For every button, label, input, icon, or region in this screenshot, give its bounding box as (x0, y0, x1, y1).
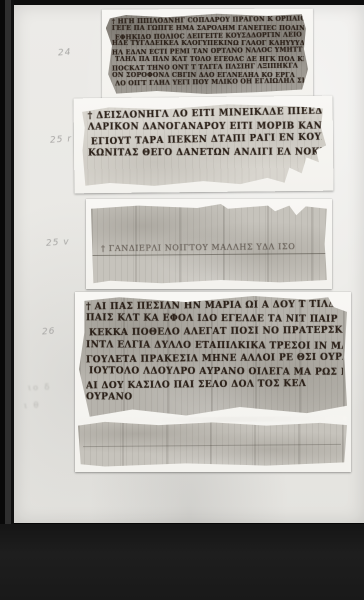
pencil-label-25v: 25 v (46, 237, 70, 249)
pencil-label-25r: 25 r (50, 134, 73, 146)
fragment-26-mount: † ΑΙ ΠΑΣ ΠΕΣΙΛΝ ΗΝ ΜΑΡΙΑ ΩΙ Α ΔΟΥ Τ ΤΙΛΔ… (75, 292, 351, 472)
fragment-24-mount: † ΗΓΗ ΠΠΙΛΟΔΝΗΓ ϹΟΠΛΑΡΟΥ ΠΡΑΓΟΝ Κ ΟΡΠΑΙΟ… (102, 8, 313, 99)
pencil-label-24: 24 (58, 48, 72, 59)
manuscript-text-line: † ΓΑΝΔΙΕΡΛΙ ΝΟΙΓΤΟΥ ΜΑΛΛΗΣ ΥΔΛ ΙΣΟ (101, 241, 321, 254)
fold-crease (83, 444, 341, 447)
manuscript-text-line: ΚΩΝΙΤΑΣ ΘΕΓΟ ΔΑΝΕΤΩΝ ΑΝΛΙΓΙ ΕΛ ΝΟΚΙ ΔΛΝΟ… (88, 146, 322, 160)
fragment-26-text: † ΑΙ ΠΑΣ ΠΕΣΙΛΝ ΗΝ ΜΑΡΙΑ ΩΙ Α ΔΟΥ Τ ΤΙΛΔ… (86, 300, 343, 406)
fragment-25r-papyrus: † ΔΕΙΣΛΟΝΗΓΛ ΛΟ ΕΙΤΙ ΜΙΝΕΙΚΛΔΕ ΠΙΕΕΔΟ ΛΖ… (80, 102, 327, 189)
fragment-25r-mount: † ΔΕΙΣΛΟΝΗΓΛ ΛΟ ΕΙΤΙ ΜΙΝΕΙΚΛΔΕ ΠΙΕΕΔΟ ΛΖ… (74, 96, 334, 194)
tear-gap (79, 416, 347, 423)
fragment-25r-text: † ΔΕΙΣΛΟΝΗΓΛ ΛΟ ΕΙΤΙ ΜΙΝΕΙΚΛΔΕ ΠΙΕΕΔΟ ΛΖ… (88, 107, 323, 161)
ink-offset-smudge: ι θ (24, 401, 41, 411)
fragment-25v-text: † ΓΑΝΔΙΕΡΛΙ ΝΟΙΓΤΟΥ ΜΑΛΛΗΣ ΥΔΛ ΙΣΟ (101, 242, 321, 253)
ink-offset-smudge: ιο δ (28, 383, 52, 393)
fragment-24-text: † ΗΓΗ ΠΠΙΛΟΔΝΗΓ ϹΟΠΛΑΡΟΥ ΠΡΑΓΟΝ Κ ΟΡΠΑΙΟ… (112, 16, 304, 87)
fragment-24-papyrus: † ΗΓΗ ΠΠΙΛΟΔΝΗΓ ϹΟΠΛΑΡΟΥ ΠΡΑΓΟΝ Κ ΟΡΠΑΙΟ… (106, 12, 308, 94)
fragment-25v-papyrus: † ΓΑΝΔΙΕΡΛΙ ΝΟΙΓΤΟΥ ΜΑΛΛΗΣ ΥΔΛ ΙΣΟ (91, 204, 327, 284)
bottom-border-band (0, 523, 364, 600)
fragment-26-papyrus-lower (78, 421, 347, 467)
fragment-25v-mount: † ΓΑΝΔΙΕΡΛΙ ΝΟΙΓΤΟΥ ΜΑΛΛΗΣ ΥΔΛ ΙΣΟ (86, 199, 332, 289)
fragment-26-papyrus-upper: † ΑΙ ΠΑΣ ΠΕΣΙΛΝ ΗΝ ΜΑΡΙΑ ΩΙ Α ΔΟΥ Τ ΤΙΛΔ… (79, 296, 347, 418)
left-border-band (0, 0, 14, 524)
photographic-plate-page: 24 25 r 25 v 26 ιο δ ι θ † ΗΓΗ ΠΠΙΛΟΔΝΗΓ… (0, 0, 364, 600)
manuscript-text-line: ΛΟ ΟΙΓΤ ΓΛΗΛ ΥΕΓΙ ΠΟΥ ΜΛΙΚΟ ΟΗ ΕΓΛΙΩΛΗΛ … (115, 78, 304, 89)
photo-board: 24 25 r 25 v 26 ιο δ ι θ † ΗΓΗ ΠΠΙΛΟΔΝΗΓ… (14, 5, 364, 523)
manuscript-text-line: ΟΥΡΑΝΟ (86, 392, 343, 407)
pencil-label-26: 26 (42, 327, 56, 338)
